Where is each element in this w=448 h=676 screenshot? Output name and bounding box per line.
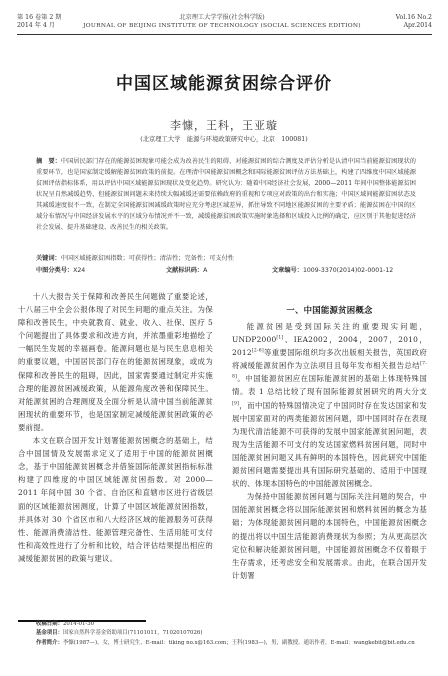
- doc-code-label: 文献标识码：: [166, 267, 203, 274]
- keywords-text: 中国区域能源贫困指数；可获得性；清洁性；完备性；可支付性: [61, 255, 234, 262]
- abstract: 摘 要：中国居民部门存在的能源贫困现象可能会成为改善民生的阻碍，对能源贫困的综合…: [36, 156, 416, 233]
- abstract-label: 摘 要：: [36, 158, 61, 165]
- text-run: ，而中国的特殊国情决定了中国同时存在发达国家和发展中国家面对的两类能源贫困问题，…: [232, 401, 427, 489]
- body-left-column: 十八大报告关于保障和改善民生问题做了重要论述，十八届三中全会公报体现了对民生问题…: [18, 290, 213, 565]
- fund-value: 国家自然科学基金资助项目(71101011，71020107026): [63, 630, 202, 636]
- article-affiliation: (北京理工大学 能源与环境政策研究中心，北京 100081): [0, 134, 448, 143]
- journal-name: 北京理工大学学报(社会科学版) JOURNAL OF BEIJING INSTI…: [72, 14, 372, 30]
- journal-name-en: JOURNAL OF BEIJING INSTITUTE OF TECHNOLO…: [72, 22, 372, 30]
- issue-info-en: Vol.16 No.2 Apr.2014: [396, 14, 432, 30]
- keywords: 关键词：中国区域能源贫困指数；可获得性；清洁性；完备性；可支付性: [36, 254, 416, 264]
- body-paragraph: 为保持中国能源贫困问题与国际关注问题的契合，中国能源贫困概念将以国际能源贫困和燃…: [232, 490, 427, 582]
- author-bio-label: 作者简介：: [36, 640, 63, 646]
- abstract-text: 中国居民部门存在的能源贫困现象可能会成为改善民生的阻碍，对能源贫困的综合测度及评…: [36, 158, 416, 231]
- doc-code-value: A: [203, 267, 207, 274]
- author-bio: 作者简介：李慷(1987—)，女，博士研究生，E-mail：tiking no.…: [36, 639, 432, 648]
- article-no-value: 1009-3370(2014)02-0001-12: [303, 267, 393, 274]
- body-paragraph: 能源贫困是受到国际关注的重要现实问题，UNDP2000[1]、IEA2002，2…: [232, 320, 427, 490]
- fund-label: 基金项目：: [36, 630, 63, 636]
- date-cn: 2014 年 4 月: [17, 22, 61, 30]
- author-bio-value: 李慷(1987—)，女，博士研究生，E-mail：tiking no.x@163…: [63, 640, 415, 646]
- running-header: 第 16 卷第 2 期 2014 年 4 月 北京理工大学学报(社会科学版) J…: [17, 14, 432, 35]
- journal-page: 第 16 卷第 2 期 2014 年 4 月 北京理工大学学报(社会科学版) J…: [0, 0, 448, 676]
- article-no-label: 文章编号：: [272, 267, 303, 274]
- text-run: 。中国能源贫困应在国际能源贫困的基础上体现特殊国情。表 1 总结比较了现有国际能…: [232, 374, 427, 396]
- volume-issue-cn: 第 16 卷第 2 期: [17, 14, 61, 22]
- received-date: 收稿日期：2014-01-30: [36, 620, 432, 629]
- document-code: 文献标识码：A: [166, 266, 207, 276]
- journal-name-cn: 北京理工大学学报(社会科学版): [72, 14, 372, 22]
- keywords-label: 关键词：: [36, 255, 61, 262]
- volume-issue-en: Vol.16 No.2: [396, 14, 432, 22]
- article-authors: 李慷，王科，王亚璇: [0, 117, 448, 133]
- article-title: 中国区域能源贫困综合评价: [0, 69, 448, 94]
- issue-info: 第 16 卷第 2 期 2014 年 4 月: [17, 14, 61, 30]
- clc-number: 中图分类号：X24: [36, 266, 85, 276]
- received-label: 收稿日期：: [36, 621, 63, 627]
- body-paragraph: 十八大报告关于保障和改善民生问题做了重要论述，十八届三中全会公报体现了对民生问题…: [18, 290, 213, 434]
- section-heading: 一、中国能源贫困概念: [232, 290, 427, 320]
- clc-value: X24: [73, 267, 85, 274]
- fund-project: 基金项目：国家自然科学基金资助项目(71101011，71020107026): [36, 629, 432, 638]
- citation[interactable]: [2-6]: [252, 349, 264, 354]
- article-number: 文章编号：1009-3370(2014)02-0001-12: [272, 266, 393, 276]
- body-paragraph: 本文在联合国开发计划署能源贫困概念的基础上，结合中国国情及发展需求定义了适用于中…: [18, 434, 213, 565]
- clc-label: 中图分类号：: [36, 267, 73, 274]
- footnotes: 收稿日期：2014-01-30 基金项目：国家自然科学基金资助项目(711010…: [36, 620, 432, 648]
- date-en: Apr.2014: [396, 22, 432, 30]
- citation[interactable]: [1]: [276, 336, 283, 341]
- body-right-column: 一、中国能源贫困概念 能源贫困是受到国际关注的重要现实问题，UNDP2000[1…: [232, 290, 427, 582]
- received-value: 2014-01-30: [63, 621, 94, 627]
